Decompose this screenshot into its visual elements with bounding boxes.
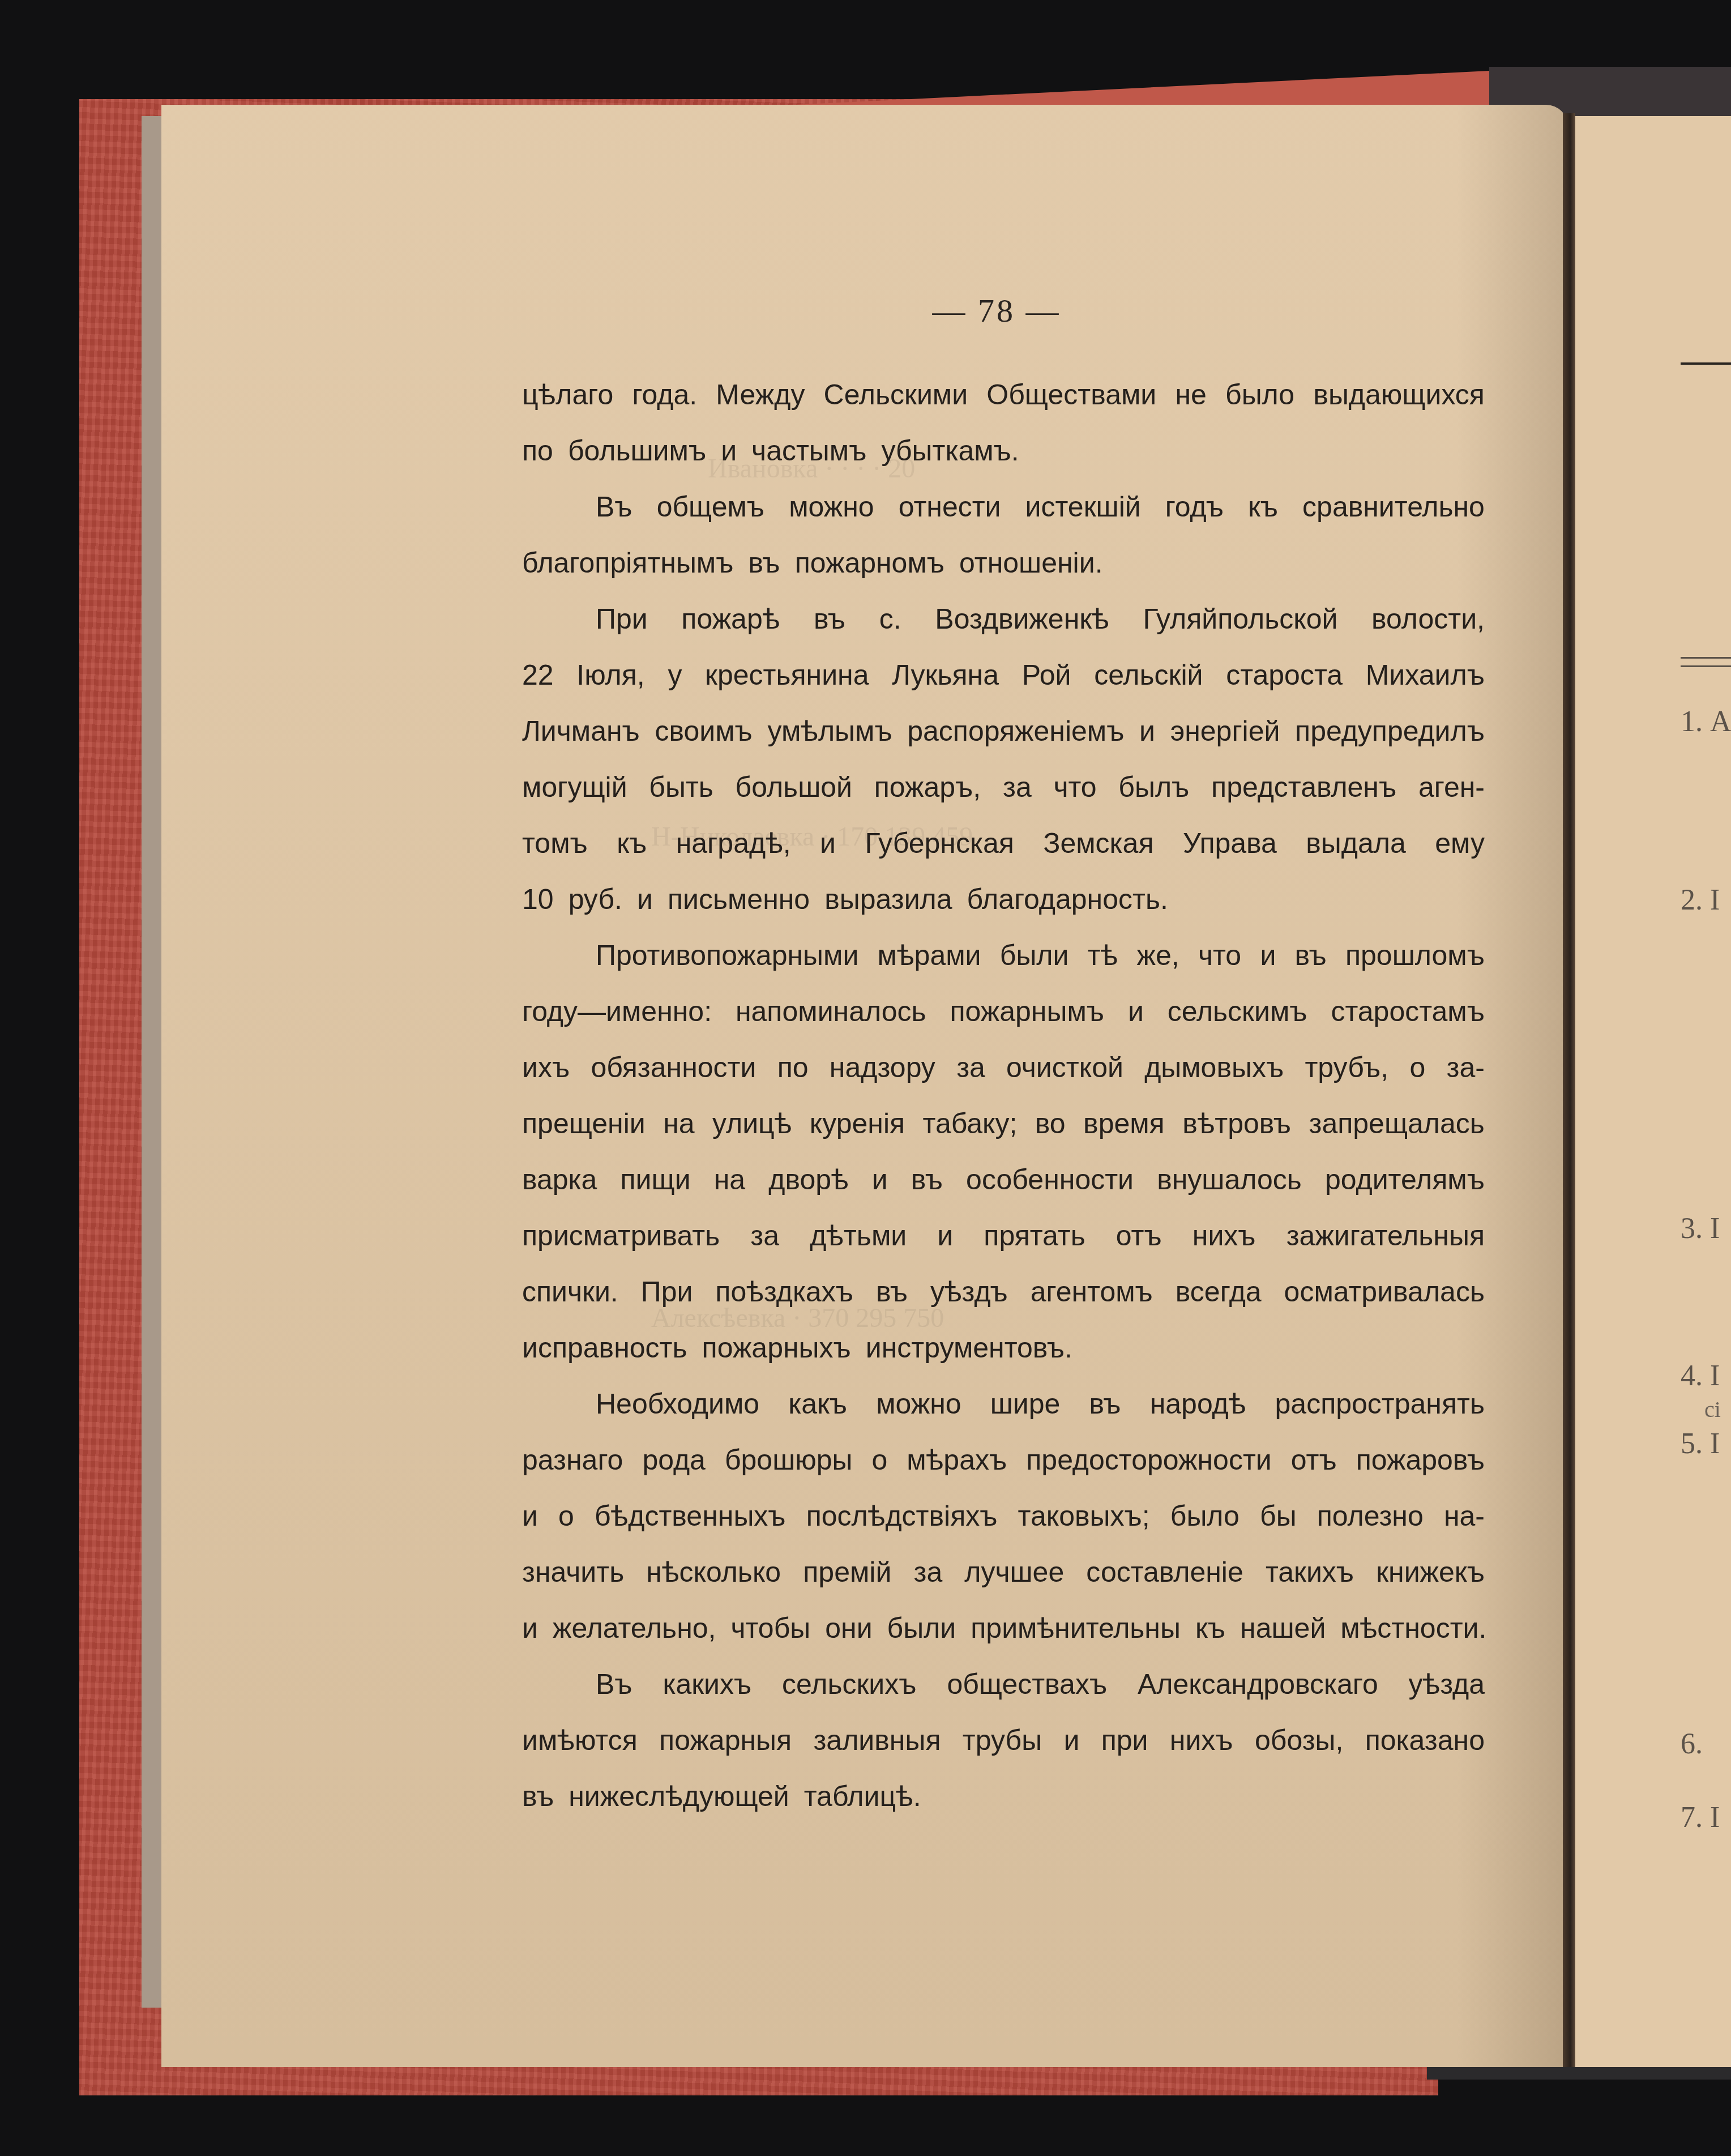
table-rule — [1681, 657, 1731, 659]
text-line: 22Іюля,укрестьянинаЛукьянаРойсельскійста… — [522, 647, 1485, 703]
list-marker: 7. I — [1681, 1801, 1720, 1834]
text-line: благопріятнымъвъпожарномъотношеніи. — [522, 535, 1485, 591]
text-line: Припожарѣвъс.ВоздвиженкѣГуляйпольскойвол… — [522, 591, 1485, 647]
text-line: Необходимокакъможноширевънародѣраспростр… — [522, 1376, 1485, 1432]
text-line: Личманъсвоимъумѣлымъраспоряженіемъиэнерг… — [522, 703, 1485, 759]
right-page — [1575, 116, 1731, 2073]
list-marker: 2. I — [1681, 883, 1720, 917]
table-rule — [1681, 665, 1731, 667]
text-line: могущійбытьбольшойпожаръ,зачтобылъпредст… — [522, 759, 1485, 816]
list-marker: 6. — [1681, 1727, 1703, 1761]
text-line: ижелательно,чтобыонибылипримѣнительныкън… — [522, 1600, 1485, 1657]
text-line: исправностьпожарныхъинструментовъ. — [522, 1320, 1485, 1376]
text-line: Противопожарнымимѣрамибылитѣже,чтоивъпро… — [522, 928, 1485, 984]
text-line: спички.Припоѣздкахъвъуѣздъагентомъвсегда… — [522, 1264, 1485, 1320]
list-marker-sub: сі — [1704, 1396, 1721, 1423]
text-line: ихъобязанностипонадзорузаочисткойдымовых… — [522, 1040, 1485, 1096]
text-line: прещеніинаулицѣкуреніятабаку;вовремявѣтр… — [522, 1096, 1485, 1152]
bottom-edge-shadow — [1427, 2067, 1731, 2080]
text-line: имѣютсяпожарныязаливныятрубыипринихъобоз… — [522, 1713, 1485, 1769]
list-marker: 4. I — [1681, 1359, 1720, 1393]
body-text: цѣлагогода.МеждуСельскимиОбществаминебыл… — [522, 367, 1485, 1825]
text-line: Въобщемъможноотнестиистекшійгодъкъсравни… — [522, 479, 1485, 535]
list-marker: 1. А — [1681, 705, 1731, 738]
page-number: — 78 — — [849, 292, 1144, 330]
text-line: 10руб.иписьменновыразилаблагодарность. — [522, 872, 1485, 928]
list-marker: 5. I — [1681, 1427, 1720, 1461]
list-marker: 3. I — [1681, 1212, 1720, 1245]
text-line: значитьнѣсколькопремійзалучшеесоставлені… — [522, 1544, 1485, 1600]
text-line: ВъкакихъсельскихъобществахъАлександровск… — [522, 1657, 1485, 1713]
text-line: побольшимъичастымъубыткамъ. — [522, 423, 1485, 479]
book-gutter — [1563, 113, 1575, 2073]
text-line: цѣлагогода.МеждуСельскимиОбществаминебыл… — [522, 367, 1485, 423]
text-line: варкапищинадворѣивъособенностивнушалосьр… — [522, 1152, 1485, 1208]
text-line: томъкънаградѣ,иГубернскаяЗемскаяУправавы… — [522, 816, 1485, 872]
text-line: вънижеслѣдующейтаблицѣ. — [522, 1769, 1485, 1825]
text-line: году—именно:напоминалосьпожарнымъисельск… — [522, 984, 1485, 1040]
table-rule — [1681, 362, 1731, 365]
text-line: присматриватьзадѣтьмиипрятатьотънихъзажи… — [522, 1208, 1485, 1264]
text-line: иобѣдственныхъпослѣдствіяхътаковыхъ;было… — [522, 1488, 1485, 1544]
text-line: разнагородаброшюрыомѣрахъпредосторожност… — [522, 1432, 1485, 1488]
